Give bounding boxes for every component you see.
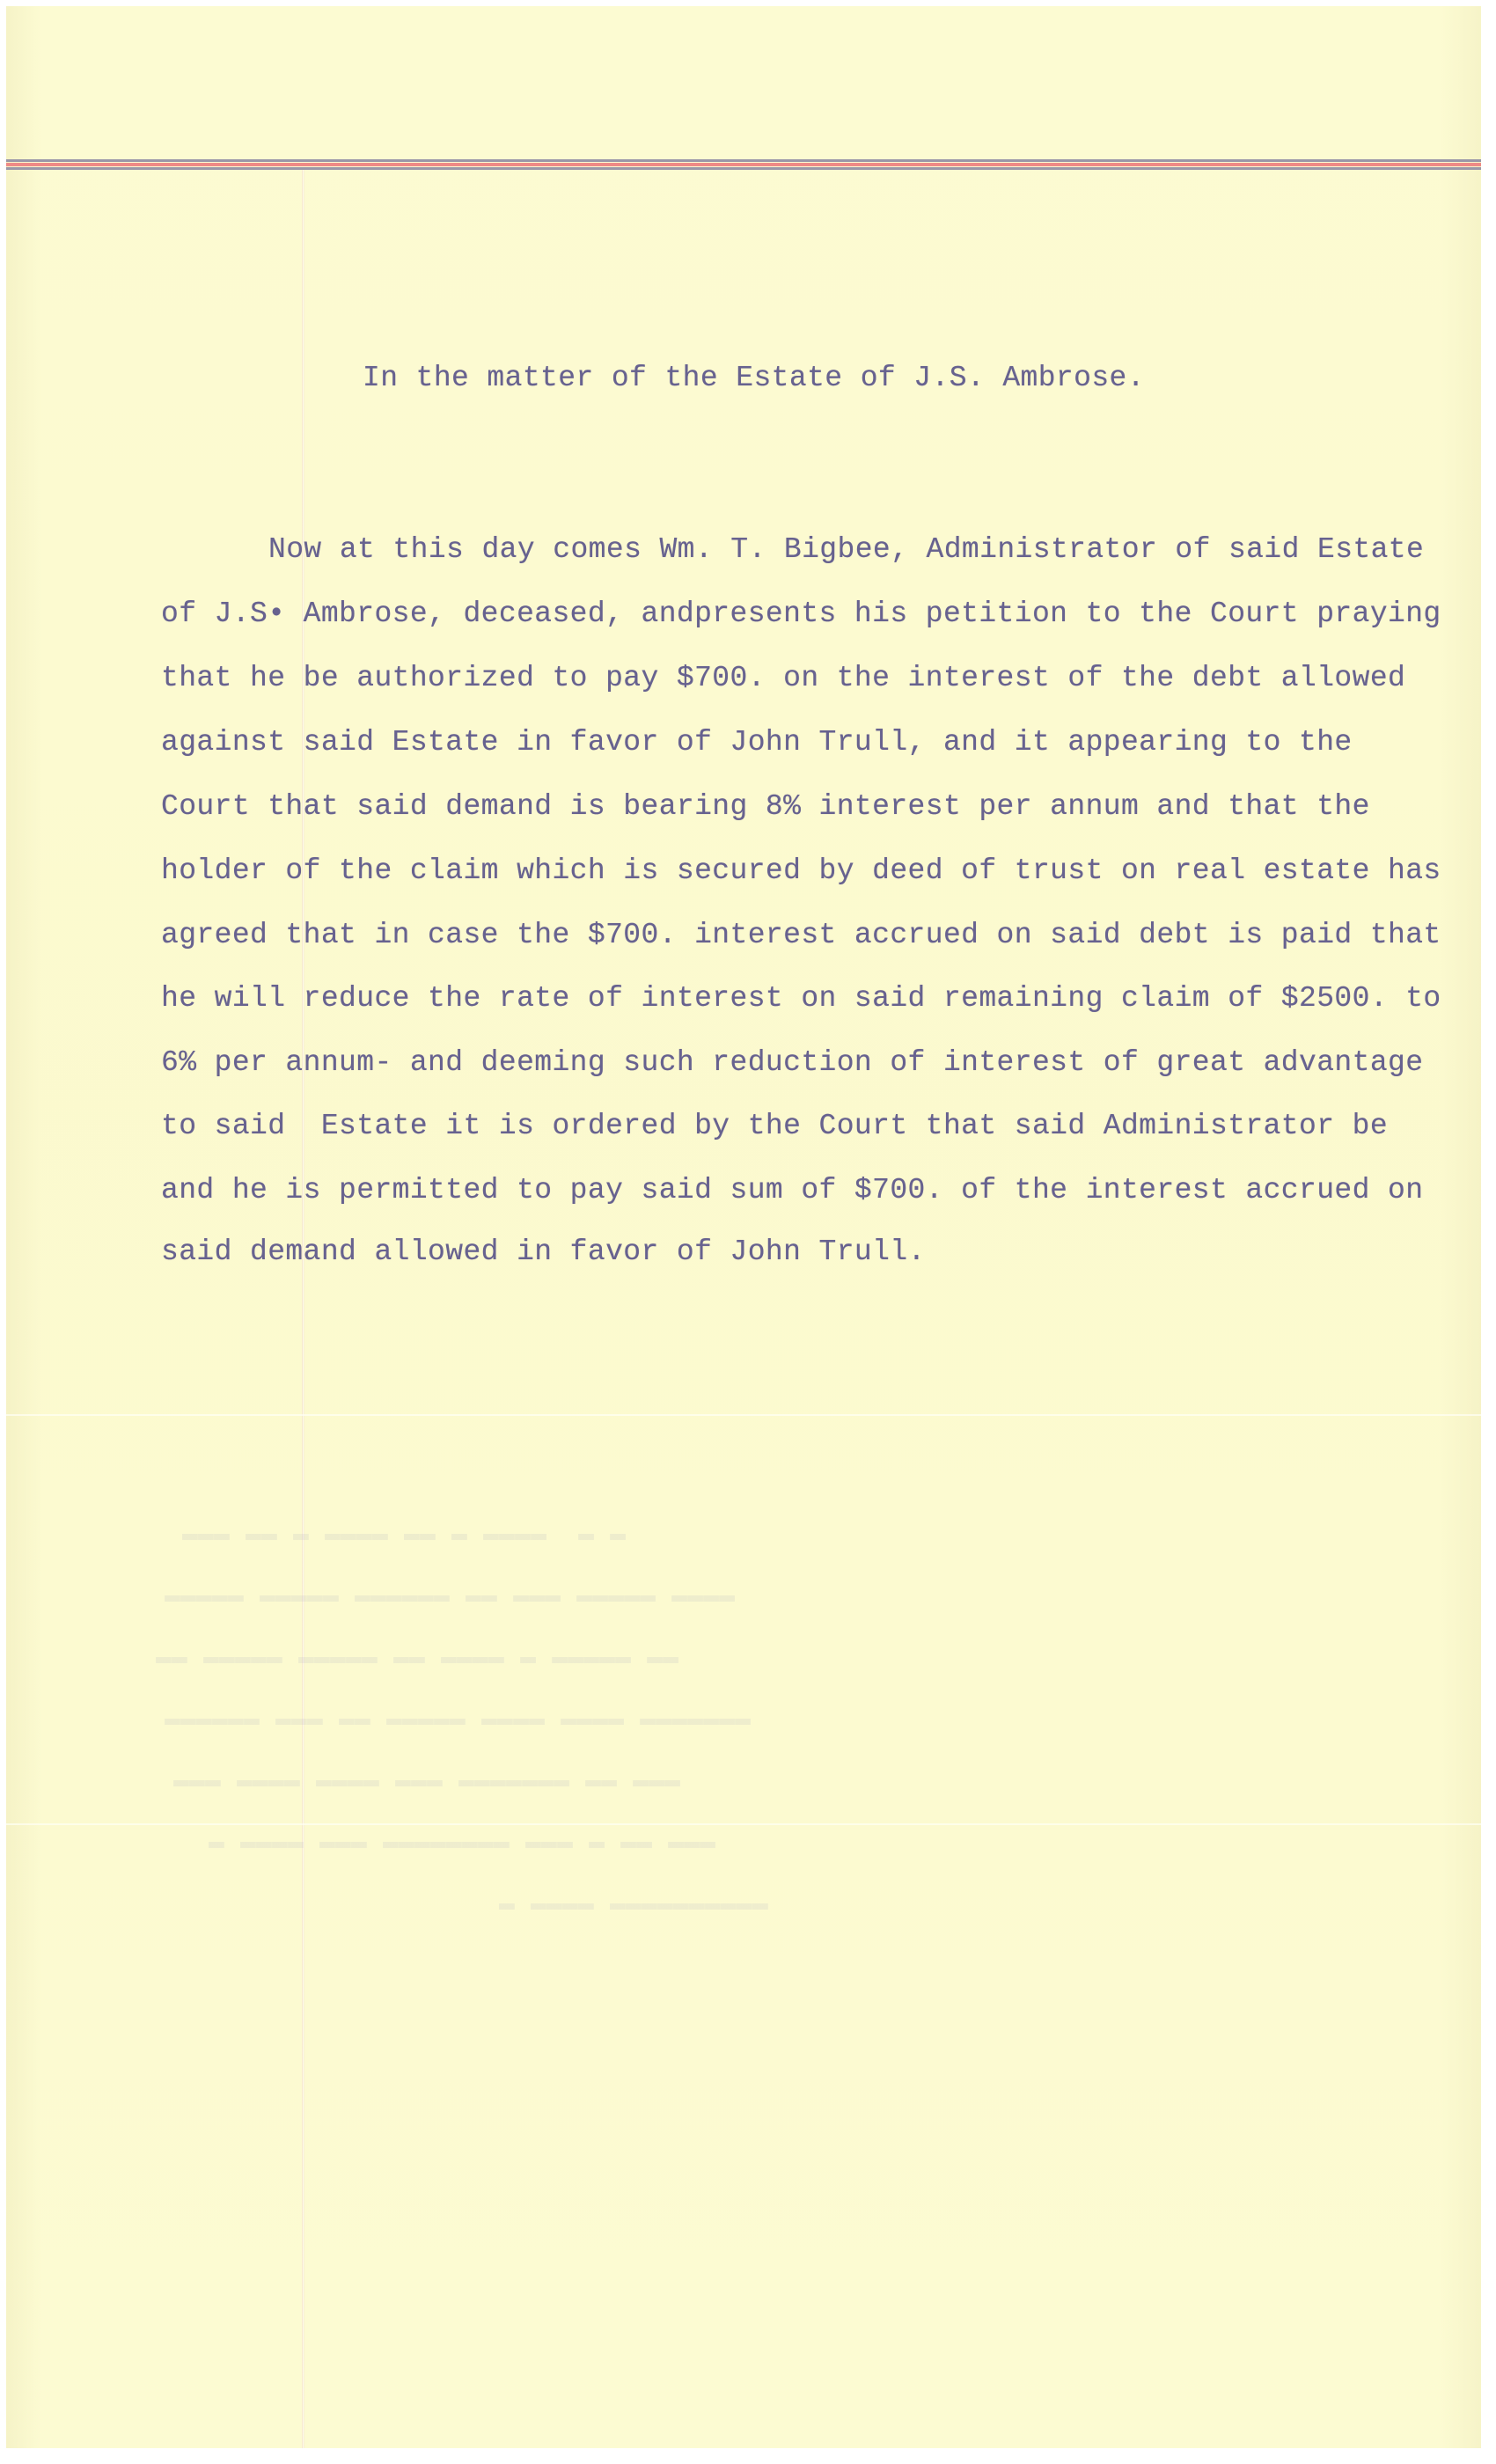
document-page: In the matter of the Estate of J.S. Ambr… <box>6 6 1481 2448</box>
body-line-5: Court that said demand is bearing 8% int… <box>161 792 1370 821</box>
body-line-2: of J.S• Ambrose, deceased, andpresents h… <box>161 599 1441 628</box>
body-line-10: to said Estate it is ordered by the Cour… <box>161 1111 1388 1140</box>
bleed-through-texture: ▬ ▬▬▬▬ ▬▬▬▬▬▬▬▬▬▬ <box>499 1889 768 1919</box>
left-margin-rule <box>302 170 304 2448</box>
header-rule-red <box>6 163 1481 166</box>
body-line-9: 6% per annum- and deeming such reduction… <box>161 1048 1423 1077</box>
bleed-through-texture: ▬▬▬ ▬▬ ▬ ▬▬▬▬ ▬▬ ▬ ▬▬▬▬ ▬ ▬ <box>182 1520 626 1550</box>
body-line-12: said demand allowed in favor of John Tru… <box>161 1237 926 1266</box>
paper-fold-line <box>6 1823 1481 1825</box>
bleed-through-texture: ▬▬▬ ▬▬▬▬ ▬▬▬▬ ▬▬▬ ▬▬▬▬▬▬▬ ▬▬ ▬▬▬ <box>173 1766 680 1796</box>
body-line-1: Now at this day comes Wm. T. Bigbee, Adm… <box>268 535 1424 564</box>
bleed-through-texture: ▬▬▬▬▬▬ ▬▬▬ ▬▬ ▬▬▬▬▬ ▬▬▬▬ ▬▬▬▬ ▬▬▬▬▬▬▬ <box>165 1705 751 1734</box>
body-line-11: and he is permitted to pay said sum of $… <box>161 1176 1423 1205</box>
bleed-through-texture: ▬▬▬▬▬ ▬▬▬▬▬ ▬▬▬▬▬▬ ▬▬ ▬▬▬ ▬▬▬▬▬ ▬▬▬▬ <box>165 1581 735 1611</box>
bleed-through-texture: ▬▬ ▬▬▬▬▬ ▬▬▬▬▬ ▬▬ ▬▬▬▬ ▬ ▬▬▬▬▬ ▬▬ <box>156 1643 678 1673</box>
body-line-4: against said Estate in favor of John Tru… <box>161 728 1353 757</box>
document-title: In the matter of the Estate of J.S. Ambr… <box>363 363 1145 392</box>
bleed-through-texture: ▬ ▬▬▬▬ ▬▬▬ ▬▬▬▬▬▬▬▬ ▬▬▬ ▬ ▬▬ ▬▬▬ <box>209 1828 715 1858</box>
paper-fold-line <box>6 1414 1481 1416</box>
body-line-8: he will reduce the rate of interest on s… <box>161 984 1441 1013</box>
body-line-3: that he be authorized to pay $700. on th… <box>161 664 1405 693</box>
body-line-6: holder of the claim which is secured by … <box>161 856 1441 885</box>
header-rule-grey-top <box>6 159 1481 162</box>
body-line-7: agreed that in case the $700. interest a… <box>161 920 1441 950</box>
header-rule-grey-bottom <box>6 167 1481 170</box>
